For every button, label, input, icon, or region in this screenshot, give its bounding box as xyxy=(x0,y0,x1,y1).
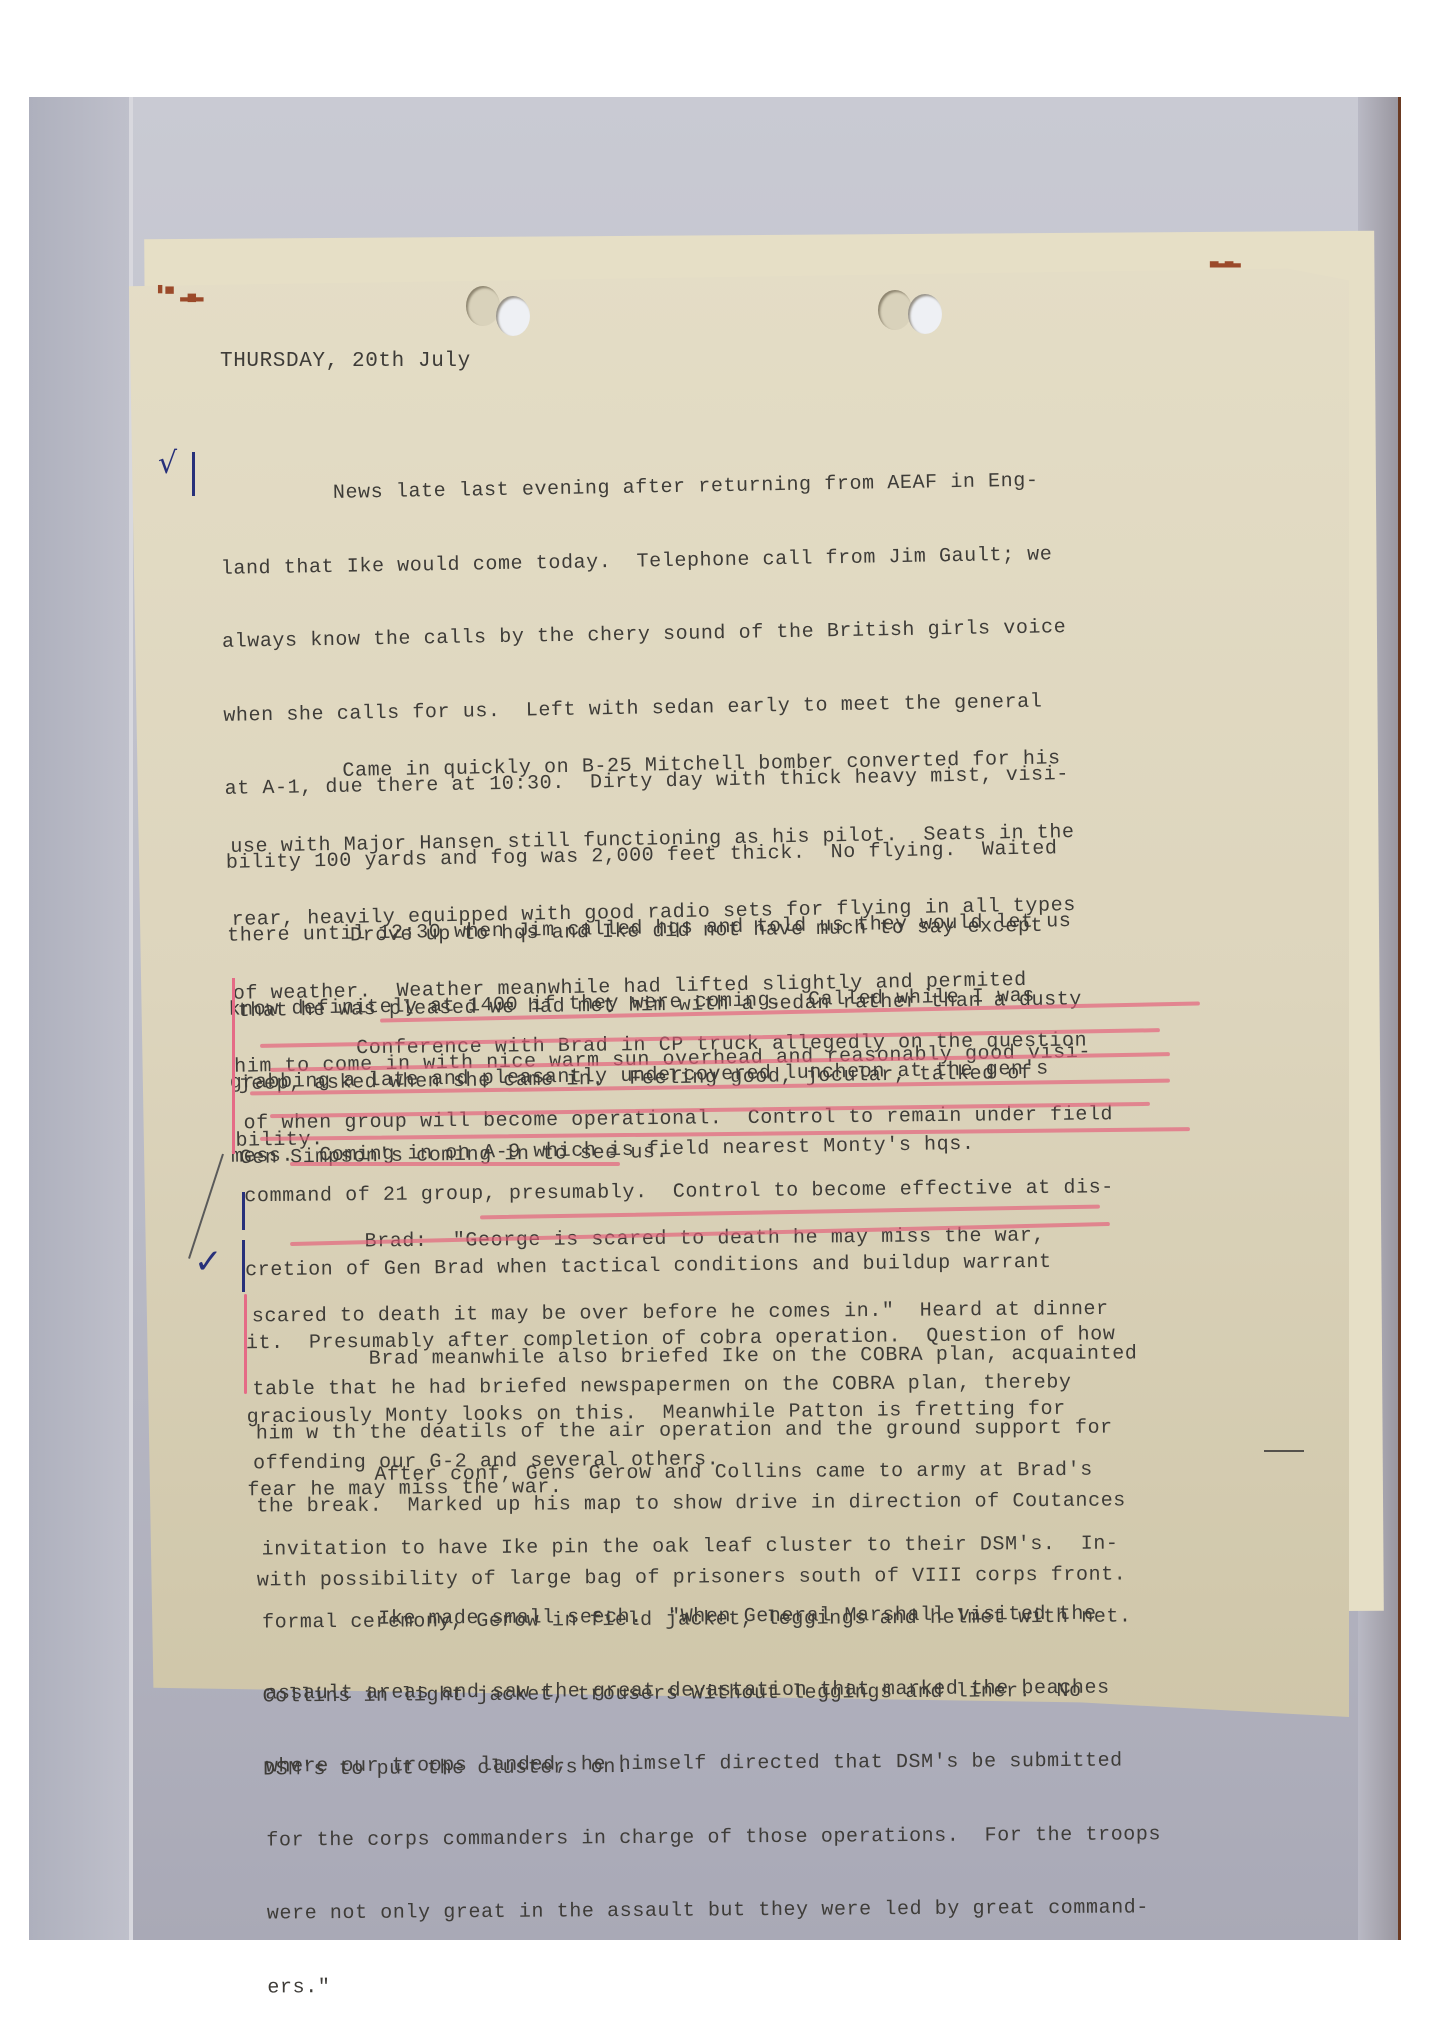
line: where our troops landed, he himself dire… xyxy=(266,1748,1276,1780)
line: use with Major Hansen still functioning … xyxy=(230,818,1240,860)
line: After conf, Gens Gerow and Collins came … xyxy=(261,1457,1271,1489)
margin-bar-blue xyxy=(242,1240,245,1292)
line: Drove up to hqs and Ike did not have muc… xyxy=(237,912,1247,951)
punch-hole xyxy=(466,286,500,326)
page-heading: THURSDAY, 20th July xyxy=(220,350,471,375)
rust-stain: ▘▀ ▂▄▂ xyxy=(158,286,203,303)
line: ers." xyxy=(267,1969,1277,2001)
line: Brad meanwhile also briefed Ike on the C… xyxy=(255,1341,1265,1373)
line: land that Ike would come today. Telephon… xyxy=(221,540,1231,582)
backing-board-left xyxy=(29,97,133,1940)
line: were not only great in the assault but t… xyxy=(267,1895,1277,1927)
rust-stain: ▃▂▃▂ xyxy=(1210,252,1240,269)
line: Came in quickly on B-25 Mitchell bomber … xyxy=(229,744,1239,786)
line: Ike made small seech. "When General Mars… xyxy=(265,1601,1275,1633)
punch-hole xyxy=(908,294,942,334)
check-mark-icon: √ xyxy=(158,446,177,481)
line: always know the calls by the chery sound… xyxy=(222,613,1232,655)
line: assault areas and saw the great devastat… xyxy=(265,1675,1275,1707)
margin-bar-blue xyxy=(192,452,195,496)
pencil-dash xyxy=(1264,1450,1304,1452)
punch-hole xyxy=(496,296,530,336)
margin-brace-red xyxy=(244,1294,247,1394)
underline-red xyxy=(290,1162,620,1166)
line: News late last evening after returning f… xyxy=(219,466,1229,508)
punch-hole xyxy=(878,290,912,330)
check-mark-icon: ✓ xyxy=(194,1242,223,1282)
paragraph-8: Ike made small seech. "When General Mars… xyxy=(264,1552,1277,2025)
line: for the corps commanders in charge of th… xyxy=(266,1822,1276,1854)
margin-bracket-red xyxy=(232,978,235,1154)
margin-bar-blue xyxy=(242,1192,245,1230)
